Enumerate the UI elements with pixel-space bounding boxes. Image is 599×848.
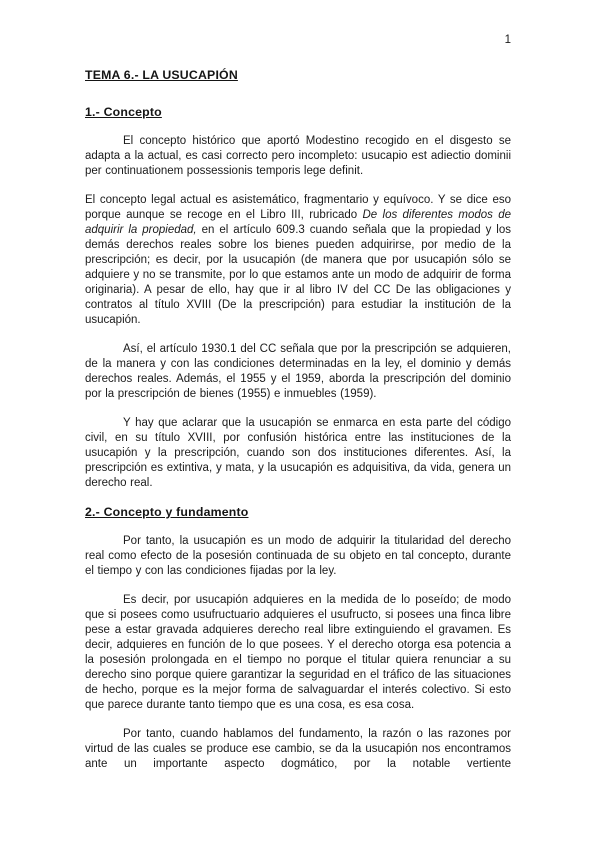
page-number: 1 — [85, 33, 511, 48]
paragraph-medida-de-lo-poseido: Es decir, por usucapión adquieres en la … — [85, 593, 511, 713]
paragraph-aclaracion-titulo-xviii: Y hay que aclarar que la usucapión se en… — [85, 416, 511, 491]
paragraph-concepto-legal-text-cont: en el artículo 609.3 cuando señala que l… — [85, 224, 511, 326]
paragraph-articulo-1930: Así, el artículo 1930.1 del CC señala qu… — [85, 342, 511, 402]
paragraph-fundamento: Por tanto, cuando hablamos del fundament… — [85, 727, 511, 772]
section-1-heading: 1.- Concepto — [85, 105, 511, 120]
section-2-heading: 2.- Concepto y fundamento — [85, 505, 511, 520]
document-title: TEMA 6.- LA USUCAPIÓN — [85, 68, 511, 83]
paragraph-concepto-historico: El concepto histórico que aportó Modesti… — [85, 134, 511, 179]
document-page: 1 TEMA 6.- LA USUCAPIÓN 1.- Concepto El … — [0, 0, 599, 848]
paragraph-definicion-usucapion: Por tanto, la usucapión es un modo de ad… — [85, 534, 511, 579]
paragraph-concepto-legal: El concepto legal actual es asistemático… — [85, 193, 511, 328]
